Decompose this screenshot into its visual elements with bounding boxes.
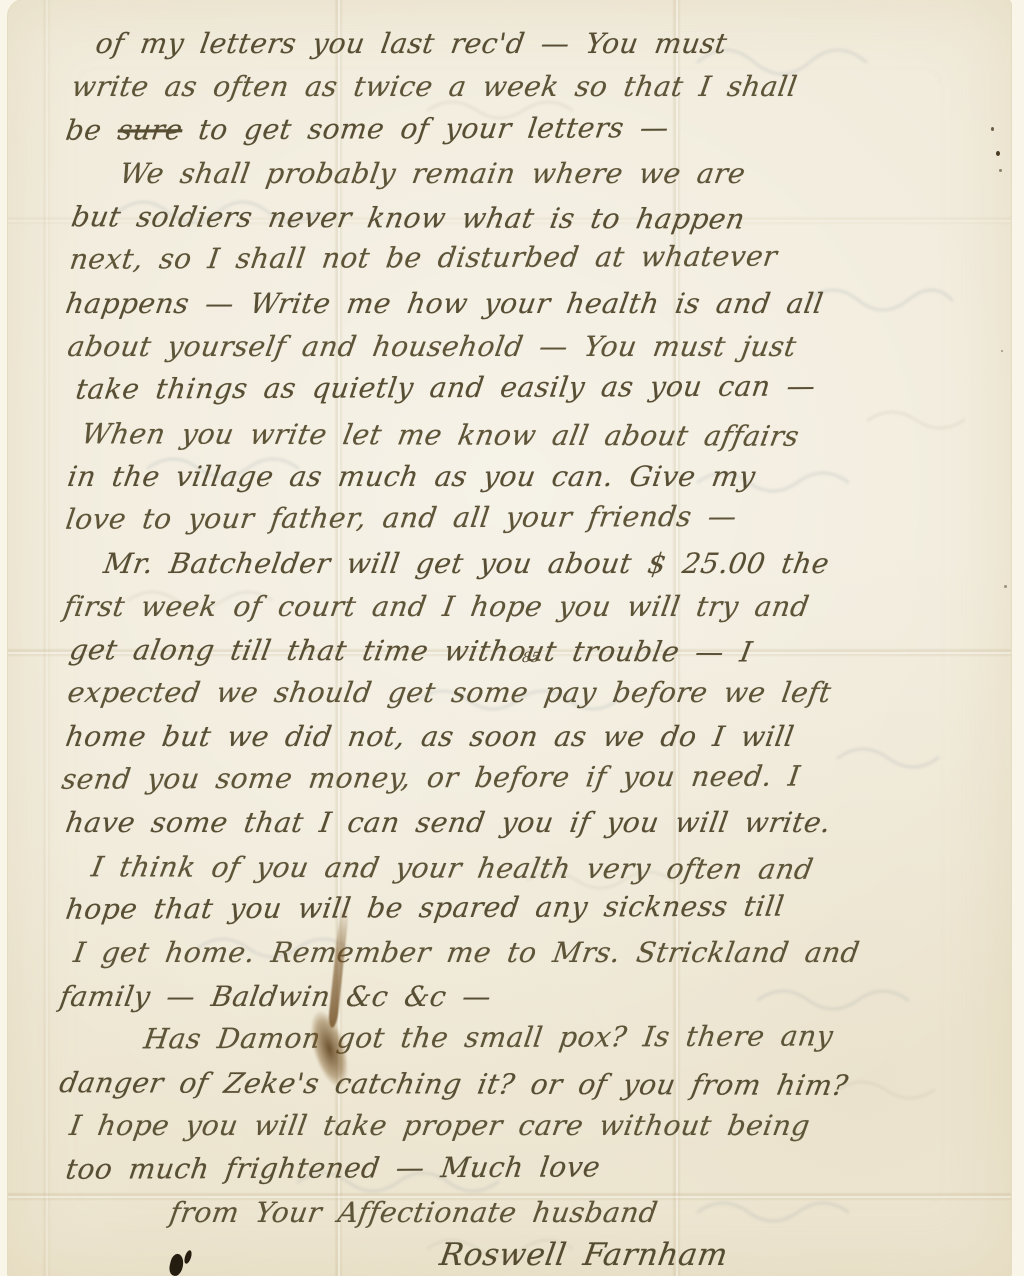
struck-word: sure <box>116 113 185 146</box>
letter-line: be sure to get some of your letters — <box>8 104 1011 152</box>
letter-line: I get home. Remember me to Mrs. Strickla… <box>8 931 1011 974</box>
letter-line: love to your father, and all your friend… <box>8 494 1011 542</box>
foxing-speck <box>999 169 1002 172</box>
letter-line: home but we did not, as soon as we do I … <box>8 715 1011 758</box>
letter-line: in the village as much as you can. Give … <box>8 455 1011 498</box>
letter-line: first week of court and I hope you will … <box>8 585 1011 628</box>
letter-line: take things as quietly and easily as you… <box>8 364 1011 412</box>
letter-line: hope that you will be spared any sicknes… <box>8 884 1011 932</box>
letter-page: of my letters you last rec'd — You mustw… <box>8 0 1011 1276</box>
letter-line: about yourself and household — You must … <box>8 325 1011 368</box>
letter-line: When you write let me know all about aff… <box>8 412 1011 459</box>
letter-line: get along till that time without trouble… <box>8 628 1011 675</box>
letter-scan: of my letters you last rec'd — You mustw… <box>0 0 1024 1276</box>
foxing-speck <box>1004 585 1007 588</box>
letter-line: We shall probably remain where we are <box>8 152 1011 195</box>
signature: Roswell Farnham <box>8 1234 1011 1276</box>
letter-line: Has Damon got the small pox? Is there an… <box>8 1013 1011 1061</box>
letter-line: danger of Zeke's catching it? or of you … <box>8 1061 1011 1108</box>
letter-line: too much frightened — Much love <box>8 1143 1011 1191</box>
letter-line: have some that I can send you if you wil… <box>8 801 1011 844</box>
letter-line: of my letters you last rec'd — You must <box>8 22 1011 65</box>
interline-note: 85 <box>521 650 541 666</box>
foxing-speck <box>991 127 994 131</box>
letter-line: expected we should get some pay before w… <box>8 671 1011 714</box>
letter-body: of my letters you last rec'd — You mustw… <box>8 22 1011 1276</box>
closing-line: from Your Affectionate husband <box>8 1191 1011 1234</box>
letter-line: Mr. Batchelder will get you about $ 25.0… <box>8 542 1011 585</box>
letter-line: write as often as twice a week so that I… <box>8 65 1011 108</box>
foxing-speck <box>996 151 1000 156</box>
letter-line: family — Baldwin &c &c — <box>8 975 1011 1018</box>
letter-line: happens — Write me how your health is an… <box>8 282 1011 325</box>
letter-line: send you some money, or before if you ne… <box>8 754 1011 802</box>
letter-line: I hope you will take proper care without… <box>8 1104 1011 1147</box>
letter-line: next, so I shall not be disturbed at wha… <box>8 234 1011 282</box>
foxing-speck <box>1001 350 1003 352</box>
